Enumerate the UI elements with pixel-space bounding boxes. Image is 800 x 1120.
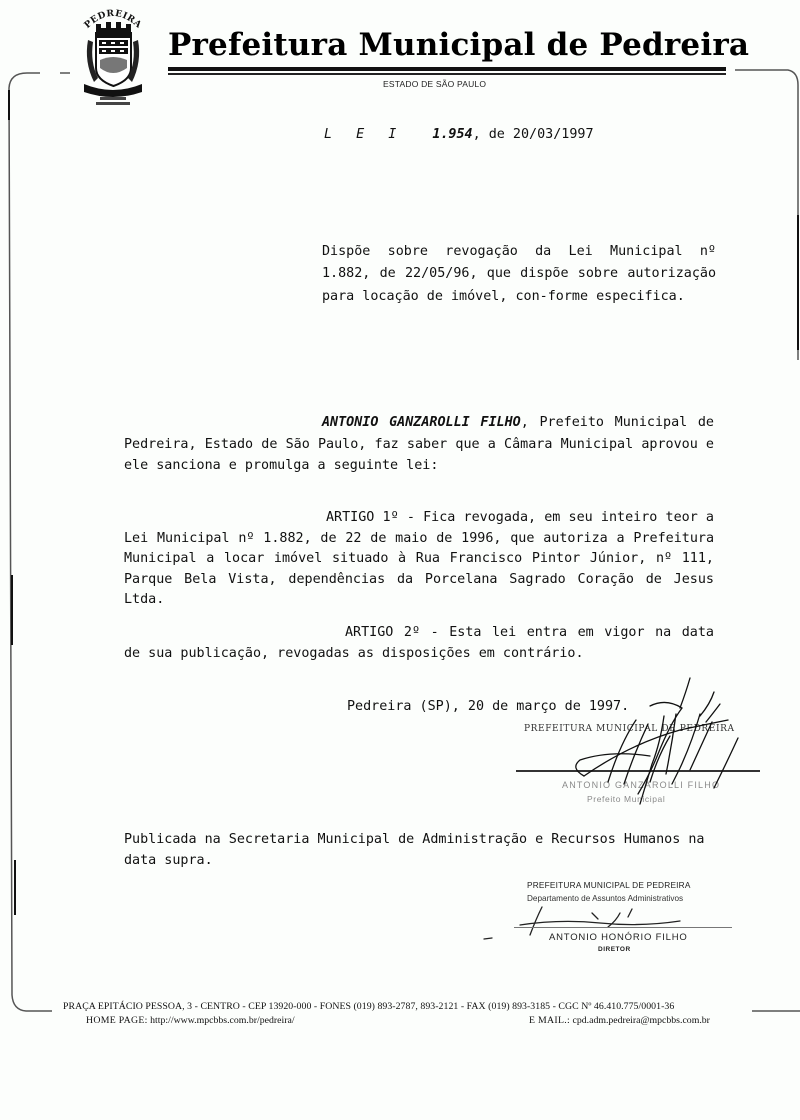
director-stamp-name: ANTONIO HONÓRIO FILHO [549,932,688,943]
page-title: Prefeitura Municipal de Pedreira [168,28,748,62]
footer-homepage: HOME PAGE: http://www.mpcbbs.com.br/pedr… [86,1015,295,1026]
footer-address: PRAÇA EPITÁCIO PESSOA, 3 - CENTRO - CEP … [63,1001,674,1012]
email-label: E MAIL.: [529,1015,570,1026]
homepage-label: HOME PAGE: [86,1015,148,1026]
law-summary: Dispõe sobre revogação da Lei Municipal … [322,241,716,308]
article-2: ARTIGO 2º - Esta lei entra em vigor na d… [124,622,714,664]
article-1-text: - Fica revogada, em seu inteiro teor a L… [124,510,714,607]
homepage-link[interactable]: http://www.mpcbbs.com.br/pedreira/ [150,1015,294,1026]
article-1-label: ARTIGO 1º [326,510,399,525]
mayor-name: ANTONIO GANZAROLLI FILHO [322,415,521,430]
law-label: L E I [324,127,404,142]
law-number: 1.954 [432,127,472,142]
footer-email: E MAIL.: cpd.adm.pedreira@mpcbbs.com.br [529,1015,710,1026]
publication-note: Publicada na Secretaria Municipal de Adm… [124,830,724,871]
preamble: ANTONIO GANZAROLLI FILHO, Prefeito Munic… [124,412,714,477]
director-stamp-department: Departamento de Assuntos Administrativos [527,894,683,903]
director-stamp-header: PREFEITURA MUNICIPAL DE PEDREIRA [527,880,691,890]
law-date: , de 20/03/1997 [473,127,594,142]
municipal-coat-of-arms-icon: PEDREIRA [82,2,144,106]
law-heading: L E I1.954, de 20/03/1997 [324,127,594,142]
svg-text:PEDREIRA: PEDREIRA [83,9,144,31]
email-link[interactable]: cpd.adm.pedreira@mpcbbs.com.br [573,1015,710,1026]
title-underline [168,67,726,71]
director-signature-line [514,927,732,928]
handwritten-signature-icon [500,664,760,814]
article-1: ARTIGO 1º - Fica revogada, em seu inteir… [124,508,714,611]
state-subtitle: ESTADO DE SÃO PAULO [383,79,486,89]
title-underline-thin [168,73,726,75]
director-stamp-role: DIRETOR [598,946,631,953]
article-2-label: ARTIGO 2º [345,625,420,640]
